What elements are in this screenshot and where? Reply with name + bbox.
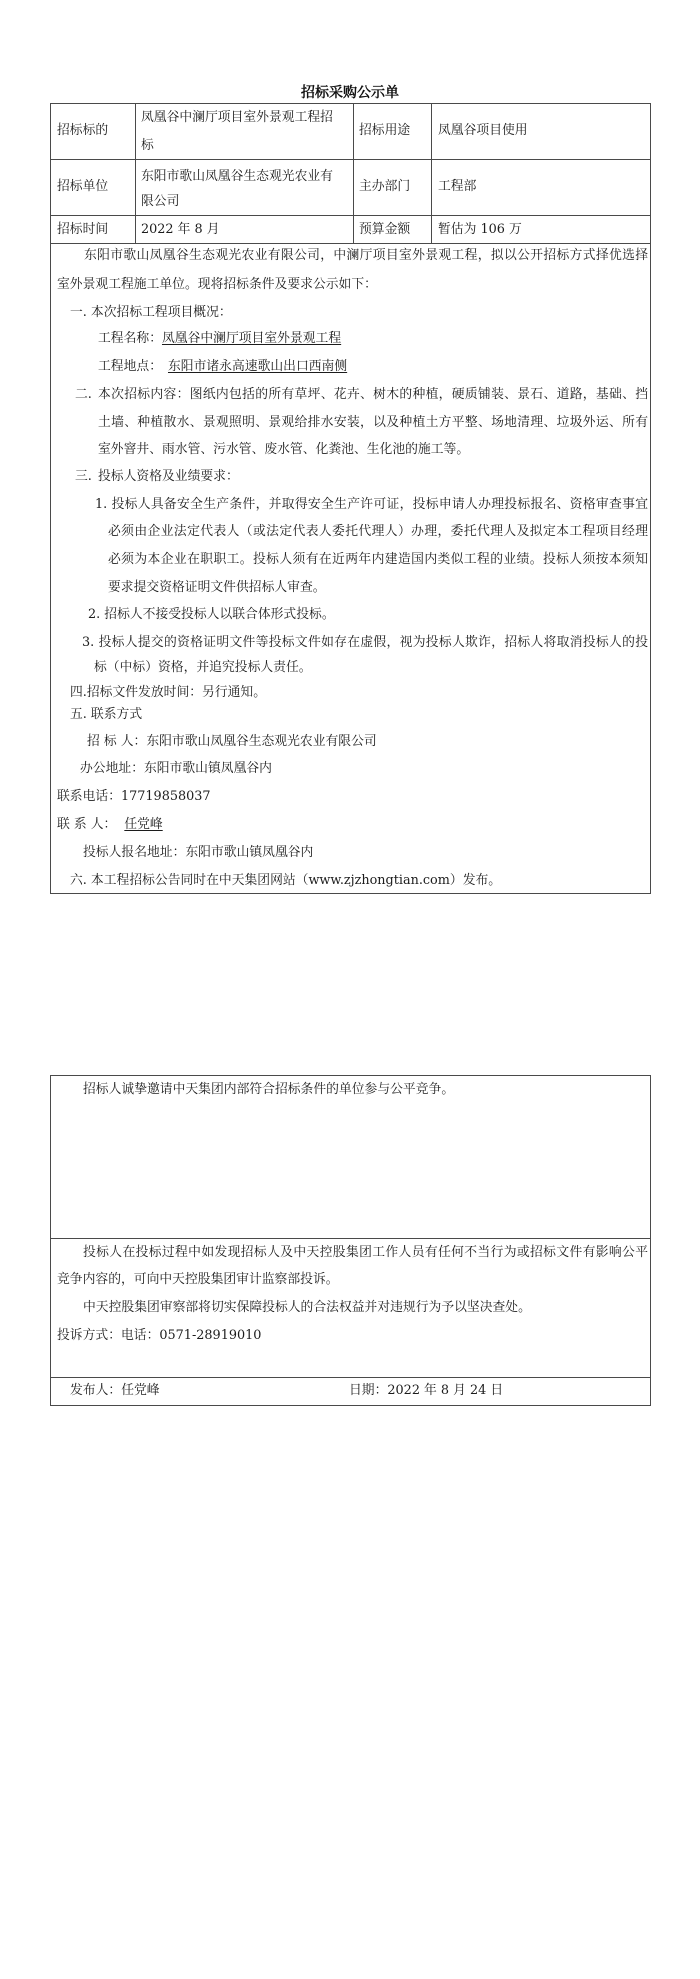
value-tender-unit-cont: 限公司 [141, 194, 179, 210]
value-tender-subject: 凤凰谷中澜厅项目室外景观工程招 [141, 110, 333, 126]
office-address-value: 东阳市歌山镇凤凰谷内 [144, 761, 272, 776]
value-organizing-dept: 工程部 [438, 179, 476, 195]
office-address: 办公地址：东阳市歌山镇凤凰谷内 [80, 761, 272, 777]
complaint-line: 投标人在投标过程中如发现招标人及中天控股集团工作人员有任何不当行为或招标文件有影… [83, 1245, 648, 1261]
contact-phone-value: 17719858037 [121, 789, 211, 804]
contact-person-value: 任党峰 [116, 817, 162, 832]
column-divider [135, 103, 136, 243]
publisher: 发布人：任党峰 [70, 1383, 160, 1399]
value-budget: 暂估为 106 万 [438, 222, 522, 238]
complaint-phone: 0571-28919010 [159, 1328, 261, 1343]
value-tender-time: 2022 年 8 月 [141, 222, 220, 238]
label-budget: 预算金额 [359, 222, 410, 238]
value-tender-unit: 东阳市歌山凤凰谷生态观光农业有 [141, 169, 333, 185]
contact-phone-label: 联系电话： [57, 789, 121, 804]
complaint-contact-label: 投诉方式：电话： [57, 1328, 159, 1343]
row-divider [50, 215, 651, 216]
registration-address-value: 东阳市歌山镇凤凰谷内 [185, 845, 313, 860]
row-divider [50, 1238, 651, 1239]
section-6: 六. 本工程招标公告同时在中天集团网站（www.zjzhongtian.com）… [70, 873, 501, 889]
contact-person-label: 联 系 人： [57, 817, 116, 832]
project-site-value: 东阳市诸永高速歌山出口西南侧 [162, 359, 353, 374]
label-organizing-dept: 主办部门 [359, 179, 410, 195]
label-tender-subject: 招标标的 [57, 123, 108, 139]
project-name-label: 工程名称： [98, 331, 162, 346]
document-title: 招标采购公示单 [0, 84, 700, 102]
section-2-line: 土墙、种植散水、景观照明、景观给排水安装，以及种植土方平整、场地清理、垃圾外运、… [98, 415, 648, 431]
tenderer-label: 招 标 人： [87, 734, 146, 749]
requirement-1-line: 必须为本企业在职职工。投标人须有在近两年内建造国内类似工程的业绩。投标人须按本须… [108, 552, 648, 568]
label-tender-purpose: 招标用途 [359, 123, 410, 139]
label-tender-unit: 招标单位 [57, 179, 108, 195]
section-2-line: 本次招标内容：图纸内包括的所有草坪、花卉、树木的种植，硬质铺装、景石、道路，基础… [98, 387, 648, 403]
row-divider [50, 1377, 651, 1378]
section-4: 四.招标文件发放时间：另行通知。 [70, 685, 266, 701]
row-divider [50, 243, 651, 244]
intro-line: 东阳市歌山凤凰谷生态观光农业有限公司，中澜厅项目室外景观工程，拟以公开招标方式择… [84, 248, 648, 264]
project-name-value: 凤凰谷中澜厅项目室外景观工程 [162, 331, 341, 346]
section-1-heading: 一. 本次招标工程项目概况： [70, 305, 232, 321]
section-5-heading: 五. 联系方式 [70, 707, 142, 723]
section-2-line: 室外窨井、雨水管、污水管、废水管、化粪池、生化池的施工等。 [98, 442, 469, 458]
project-site: 工程地点：东阳市诸永高速歌山出口西南侧 [98, 359, 353, 375]
publish-date: 日期：2022 年 8 月 24 日 [349, 1383, 503, 1399]
requirement-3-line: 标（中标）资格，并追究投标人责任。 [94, 660, 312, 676]
publish-date-label: 日期： [349, 1383, 387, 1398]
requirement-1-line: 要求提交资格证明文件供招标人审查。 [108, 580, 326, 596]
publisher-label: 发布人： [70, 1383, 121, 1398]
requirement-2: 2. 招标人不接受投标人以联合体形式投标。 [88, 607, 335, 623]
contact-person: 联 系 人：任党峰 [57, 817, 163, 833]
intro-line: 室外景观工程施工单位。现将招标条件及要求公示如下： [57, 277, 377, 293]
publisher-name: 任党峰 [121, 1383, 159, 1398]
contact-phone: 联系电话：17719858037 [57, 789, 211, 805]
requirement-1-line: 1. 投标人具备安全生产条件，并取得安全生产许可证，投标申请人办理投标报名、资格… [95, 497, 648, 513]
tenderer: 招 标 人：东阳市歌山凤凰谷生态观光农业有限公司 [87, 734, 377, 750]
column-divider [431, 103, 432, 243]
column-divider [353, 103, 354, 243]
value-tender-purpose: 凤凰谷项目使用 [438, 123, 528, 139]
office-address-label: 办公地址： [80, 761, 144, 776]
section-2-number: 二. [75, 387, 92, 403]
publish-date-value: 2022 年 8 月 24 日 [387, 1383, 503, 1398]
requirement-3-line: 3. 投标人提交的资格证明文件等投标文件如存在虚假，视为投标人欺诈，招标人将取消… [82, 635, 648, 651]
value-tender-subject-cont: 标 [141, 138, 154, 154]
row-divider [50, 159, 651, 160]
complaint-contact: 投诉方式：电话：0571-28919010 [57, 1328, 261, 1344]
requirement-1-line: 必须由企业法定代表人（或法定代表人委托代理人）办理，委托代理人及拟定本工程项目经… [108, 524, 648, 540]
label-tender-time: 招标时间 [57, 222, 108, 238]
section-3-number: 三. [75, 469, 92, 485]
registration-address: 投标人报名地址：东阳市歌山镇凤凰谷内 [83, 845, 313, 861]
assurance-text: 中天控股集团审察部将切实保障投标人的合法权益并对违规行为予以坚决查处。 [83, 1300, 531, 1316]
project-name: 工程名称：凤凰谷中澜厅项目室外景观工程 [98, 331, 341, 347]
complaint-line: 竞争内容的，可向中天控股集团审计监察部投诉。 [57, 1272, 339, 1288]
section-3-heading: 投标人资格及业绩要求： [98, 469, 239, 485]
tenderer-value: 东阳市歌山凤凰谷生态观光农业有限公司 [146, 734, 376, 749]
project-site-label: 工程地点： [98, 359, 162, 374]
registration-address-label: 投标人报名地址： [83, 845, 185, 860]
invitation-text: 招标人诚挚邀请中天集团内部符合招标条件的单位参与公平竞争。 [83, 1082, 454, 1098]
supervision-table [50, 1075, 651, 1406]
